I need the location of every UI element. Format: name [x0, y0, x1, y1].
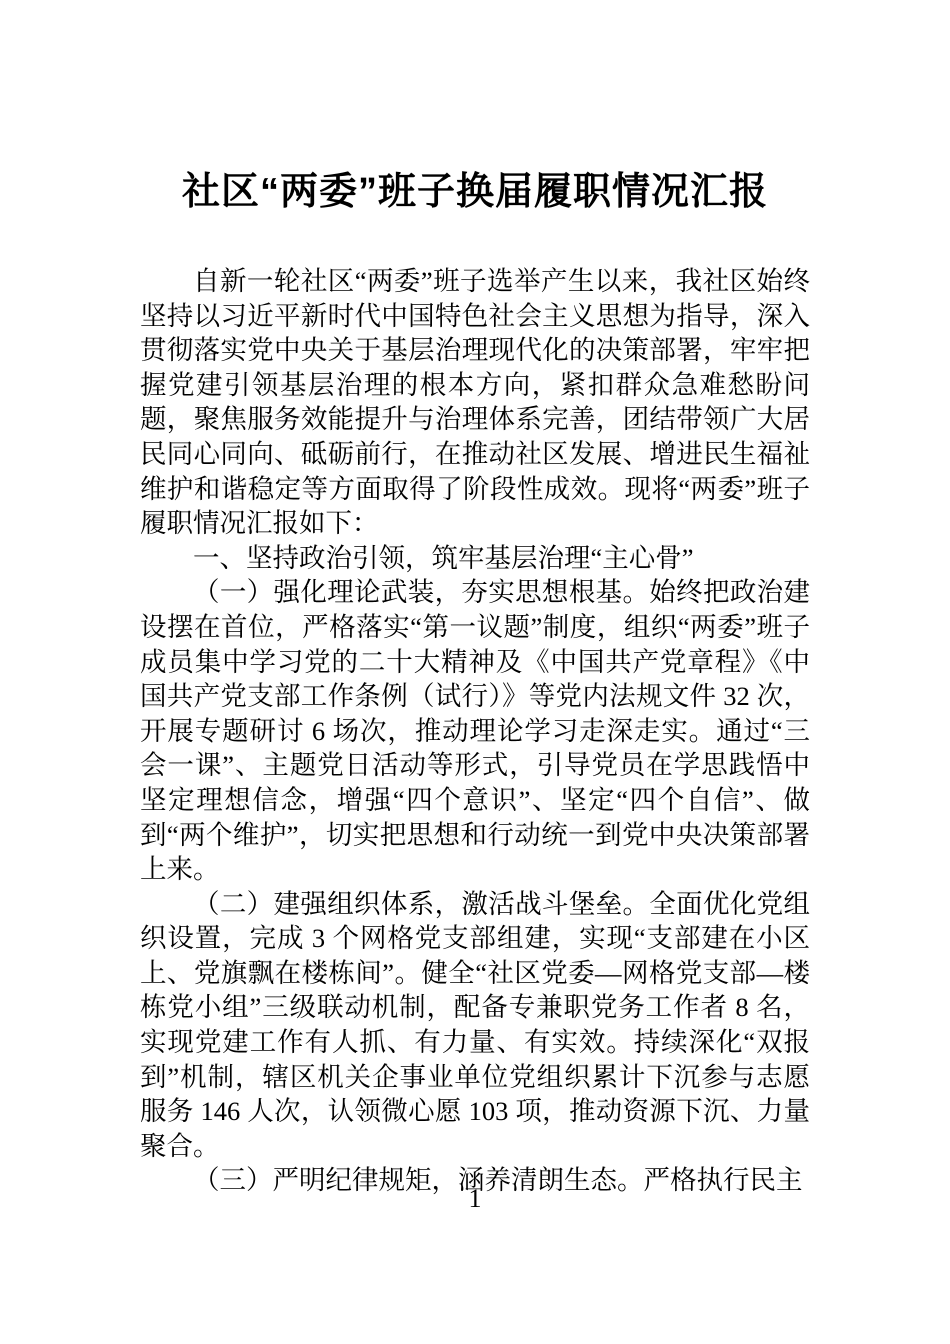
- document-body: 自新一轮社区“两委”班子选举产生以来，我社区始终坚持以习近平新时代中国特色社会主…: [140, 264, 810, 1198]
- document-page: 社区“两委”班子换届履职情况汇报 自新一轮社区“两委”班子选举产生以来，我社区始…: [0, 0, 950, 1344]
- paragraph-section-1-1: （一）强化理论武装，夯实思想根基。始终把政治建设摆在首位，严格落实“第一议题”制…: [140, 575, 810, 886]
- paragraph-intro: 自新一轮社区“两委”班子选举产生以来，我社区始终坚持以习近平新时代中国特色社会主…: [140, 264, 810, 541]
- page-number: 1: [0, 1183, 950, 1215]
- document-title: 社区“两委”班子换届履职情况汇报: [120, 168, 830, 216]
- section-heading-1: 一、坚持政治引领，筑牢基层治理“主心骨”: [140, 541, 810, 576]
- paragraph-section-1-2: （二）建强组织体系，激活战斗堡垒。全面优化党组织设置，完成 3 个网格党支部组建…: [140, 887, 810, 1164]
